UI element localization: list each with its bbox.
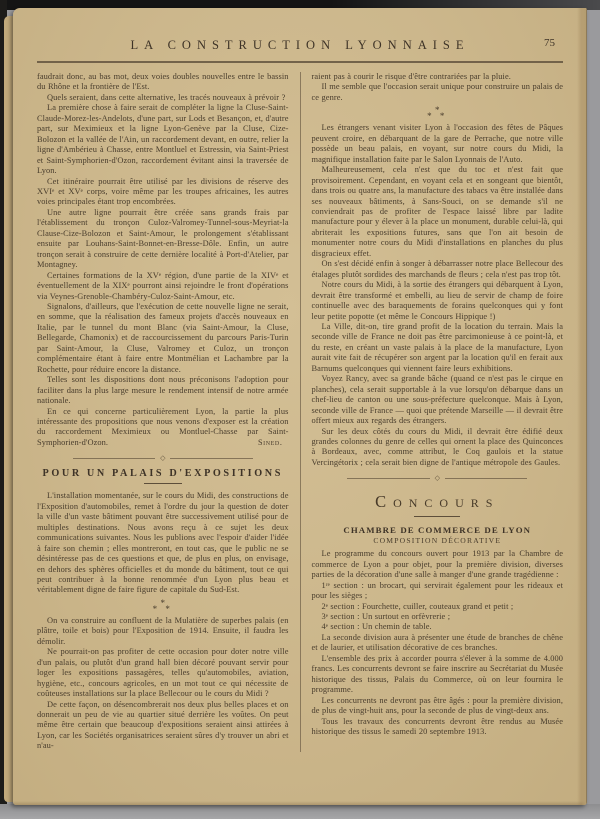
paragraph: Les étrangers venant visiter Lyon à l'oc… (312, 123, 564, 165)
asterism-bottom: * * (312, 113, 564, 120)
paragraph: Tous les travaux des concurrents devront… (312, 717, 564, 738)
photo-background-bottom (0, 804, 600, 819)
asterism-ornament-icon: * * * (37, 600, 289, 613)
divider-line (445, 478, 527, 479)
paragraph: faudrait donc, au bas mot, deux voies do… (37, 72, 289, 93)
paragraph: Cet itinéraire pourrait être utilisé par… (37, 177, 289, 208)
paragraph: Une autre ligne pourrait être créée sans… (37, 208, 289, 271)
paragraph: Malheureusement, cela n'est que du toc e… (312, 165, 564, 259)
divider-line (73, 458, 155, 459)
paragraph: Certaines formations de la XVᵉ région, d… (37, 271, 289, 302)
paragraph: L'installation momentanée, sur le cours … (37, 491, 289, 596)
paragraph: 3ᵉ section : Un surtout en orfèvrerie ; (312, 612, 564, 622)
masthead: LA CONSTRUCTION LYONNAISE 75 (13, 36, 587, 54)
heading-rule (414, 516, 460, 517)
paragraph: 2ᵉ section : Fourchette, cuiller, coutea… (312, 602, 564, 612)
section-heading-palais-expositions: POUR UN PALAIS D'EXPOSITIONS (37, 468, 289, 479)
concours-subtitle: COMPOSITION DÉCORATIVE (312, 536, 564, 545)
paragraph: Il me semble que l'occasion serait uniqu… (312, 82, 564, 103)
paragraph: On s'est décidé enfin à songer à débarra… (312, 259, 564, 280)
asterism-bottom: * * (37, 606, 289, 613)
paragraph: Quels seraient, dans cette alternative, … (37, 93, 289, 103)
section-divider: ◇ (73, 455, 253, 462)
divider-line (170, 458, 252, 459)
two-column-layout: faudrait donc, au bas mot, deux voies do… (13, 63, 587, 752)
paragraph: L'ensemble des prix à accorder pourra s'… (312, 654, 564, 696)
paragraph: Telles sont les dispositions dont nous p… (37, 375, 289, 406)
paragraph: Signalons, d'ailleurs, que l'exécution d… (37, 302, 289, 375)
divider-line (347, 478, 429, 479)
section-heading-concours: Concours (312, 492, 564, 512)
page-number: 75 (544, 37, 555, 49)
paragraph: raient pas à courir le risque d'être con… (312, 72, 564, 82)
heading-rule (144, 483, 182, 484)
asterism-ornament-icon: * * * (312, 107, 564, 120)
paragraph: Sur les deux côtés du cours du Midi, il … (312, 427, 564, 469)
diamond-ornament-icon: ◇ (430, 475, 445, 482)
paragraph: 1ʳᵉ section : un brocart, qui servirait … (312, 581, 564, 602)
paragraph: La Ville, dit-on, tire grand profit de l… (312, 322, 564, 374)
header-rule (37, 61, 563, 63)
paragraph: Notre cours du Midi, à la sortie des étr… (312, 280, 564, 322)
paragraph: La première chose à faire serait de comp… (37, 103, 289, 176)
paragraph: Ne pourrait-on pas profiter de cette occ… (37, 647, 289, 699)
journal-page: LA CONSTRUCTION LYONNAISE 75 faudrait do… (13, 8, 587, 805)
concours-subheading: CHAMBRE DE COMMERCE DE LYON (312, 525, 564, 535)
section-divider: ◇ (347, 475, 527, 482)
paragraph: Le programme du concours ouvert pour 191… (312, 549, 564, 580)
right-column: raient pas à courir le risque d'être con… (301, 72, 564, 752)
left-column: faudrait donc, au bas mot, deux voies do… (37, 72, 301, 752)
paragraph: Les concurrents ne devront pas être âgés… (312, 696, 564, 717)
article-signature: Sined. (37, 438, 289, 448)
paragraph: On va construire au confluent de la Mula… (37, 616, 289, 647)
paragraph: De cette façon, on désencombrerait nos d… (37, 700, 289, 752)
journal-title: LA CONSTRUCTION LYONNAISE (130, 38, 469, 53)
paragraph: La seconde division aura à présenter une… (312, 633, 564, 654)
paragraph: 4ᵉ section : Un chemin de table. (312, 622, 564, 632)
paragraph: Voyez Rancy, avec sa grande bâche (quand… (312, 374, 564, 426)
diamond-ornament-icon: ◇ (155, 455, 170, 462)
